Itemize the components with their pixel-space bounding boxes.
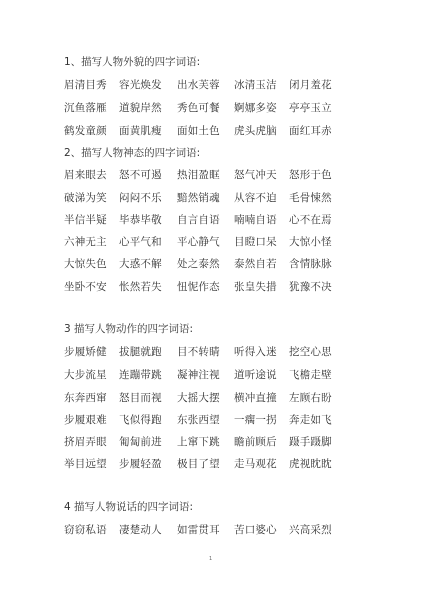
idiom: 从容不迫: [234, 190, 277, 205]
idiom: 处之泰然: [177, 256, 220, 271]
idiom: 冰清玉洁: [234, 77, 277, 92]
idiom: 张皇失措: [234, 279, 277, 294]
section-heading-action: 3 描写人物动作的四字词语:: [64, 321, 193, 336]
idiom: 如雷贯耳: [177, 522, 220, 537]
idiom: 亭亭玉立: [289, 100, 332, 115]
idiom: 怒形于色: [289, 167, 332, 182]
idiom: 大步流星: [64, 367, 107, 382]
idiom: 上窜下跳: [177, 434, 220, 449]
idiom: 瞻前顾后: [234, 434, 277, 449]
word-row: 眉来眼去 怒不可遏 热泪盈眶 怒气冲天 怒形于色: [64, 167, 384, 183]
idiom: 拔腿就跑: [119, 344, 162, 359]
idiom: 面如土色: [177, 123, 220, 138]
idiom: 目不转睛: [177, 344, 220, 359]
idiom: 举目远望: [64, 456, 107, 471]
idiom: 一瘸一拐: [234, 412, 277, 427]
idiom: 极目了望: [177, 456, 220, 471]
idiom: 眉来眼去: [64, 167, 107, 182]
idiom: 平心静气: [177, 234, 220, 249]
idiom: 兴高采烈: [289, 522, 332, 537]
section-heading-speech: 4 描写人物说话的四字词语:: [64, 499, 193, 514]
word-row: 大惊失色 大惑不解 处之泰然 泰然自若 含情脉脉: [64, 256, 384, 272]
word-row: 鹤发童颜 面黄肌瘦 面如土色 虎头虎脑 面红耳赤: [64, 123, 384, 139]
page-number: 1: [209, 556, 212, 562]
idiom: 苦口婆心: [234, 522, 277, 537]
idiom: 连蹦带跳: [119, 367, 162, 382]
idiom: 半信半疑: [64, 212, 107, 227]
idiom: 容光焕发: [119, 77, 162, 92]
idiom: 步履艰难: [64, 412, 107, 427]
section-heading-appearance: 1、描写人物外貌的四字词语:: [64, 54, 200, 69]
idiom: 挤眉弄眼: [64, 434, 107, 449]
idiom: 虎视眈眈: [289, 456, 332, 471]
idiom: 破涕为笑: [64, 190, 107, 205]
idiom: 步履矫健: [64, 344, 107, 359]
idiom: 泰然自若: [234, 256, 277, 271]
idiom: 左顾右盼: [289, 390, 332, 405]
idiom: 大惊小怪: [289, 234, 332, 249]
idiom: 闷闷不乐: [119, 190, 162, 205]
idiom: 大惑不解: [119, 256, 162, 271]
word-row: 坐卧不安 怅然若失 忸怩作态 张皇失措 犹豫不决: [64, 279, 384, 295]
idiom: 东张西望: [177, 412, 220, 427]
idiom: 听得入迷: [234, 344, 277, 359]
idiom: 匍匐前进: [119, 434, 162, 449]
word-row: 破涕为笑 闷闷不乐 黯然销魂 从容不迫 毛骨悚然: [64, 190, 384, 206]
idiom: 自言自语: [177, 212, 220, 227]
idiom: 婀娜多姿: [234, 100, 277, 115]
idiom: 毛骨悚然: [289, 190, 332, 205]
idiom: 凝神注视: [177, 367, 220, 382]
idiom: 出水芙蓉: [177, 77, 220, 92]
word-row: 东奔西窜 怒目而视 大摇大摆 横冲直撞 左顾右盼: [64, 390, 384, 406]
idiom: 面红耳赤: [289, 123, 332, 138]
idiom: 横冲直撞: [234, 390, 277, 405]
idiom: 心不在焉: [289, 212, 332, 227]
idiom: 凄楚动人: [119, 522, 162, 537]
idiom: 目瞪口呆: [234, 234, 277, 249]
idiom: 怒目而视: [119, 390, 162, 405]
idiom: 道貌岸然: [119, 100, 162, 115]
idiom: 热泪盈眶: [177, 167, 220, 182]
word-row: 窃窃私语 凄楚动人 如雷贯耳 苦口婆心 兴高采烈: [64, 522, 384, 538]
idiom: 挖空心思: [289, 344, 332, 359]
idiom: 怅然若失: [119, 279, 162, 294]
idiom: 大惊失色: [64, 256, 107, 271]
idiom: 秀色可餐: [177, 100, 220, 115]
idiom: 步履轻盈: [119, 456, 162, 471]
idiom: 六神无主: [64, 234, 107, 249]
idiom: 鹤发童颜: [64, 123, 107, 138]
idiom: 毕恭毕敬: [119, 212, 162, 227]
idiom: 心平气和: [119, 234, 162, 249]
idiom: 虎头虎脑: [234, 123, 277, 138]
idiom: 喃喃自语: [234, 212, 277, 227]
idiom: 窃窃私语: [64, 522, 107, 537]
word-row: 大步流星 连蹦带跳 凝神注视 道听途说 飞檐走壁: [64, 367, 384, 383]
idiom: 面黄肌瘦: [119, 123, 162, 138]
idiom: 坐卧不安: [64, 279, 107, 294]
idiom: 蹑手蹑脚: [289, 434, 332, 449]
idiom: 东奔西窜: [64, 390, 107, 405]
word-row: 六神无主 心平气和 平心静气 目瞪口呆 大惊小怪: [64, 234, 384, 250]
idiom: 眉清目秀: [64, 77, 107, 92]
idiom: 闭月羞花: [289, 77, 332, 92]
word-row: 眉清目秀 容光焕发 出水芙蓉 冰清玉洁 闭月羞花: [64, 77, 384, 93]
idiom: 大摇大摆: [177, 390, 220, 405]
idiom: 忸怩作态: [177, 279, 220, 294]
idiom: 犹豫不决: [289, 279, 332, 294]
idiom: 走马观花: [234, 456, 277, 471]
word-row: 步履矫健 拔腿就跑 目不转睛 听得入迷 挖空心思: [64, 344, 384, 360]
idiom: 怒不可遏: [119, 167, 162, 182]
idiom: 含情脉脉: [289, 256, 332, 271]
idiom: 飞檐走壁: [289, 367, 332, 382]
section-heading-expression: 2、描写人物神态的四字词语:: [64, 145, 200, 160]
idiom: 怒气冲天: [234, 167, 277, 182]
word-row: 步履艰难 飞似得跑 东张西望 一瘸一拐 奔走如飞: [64, 412, 384, 428]
idiom: 奔走如飞: [289, 412, 332, 427]
document-page: 1、描写人物外貌的四字词语: 眉清目秀 容光焕发 出水芙蓉 冰清玉洁 闭月羞花 …: [0, 0, 423, 600]
idiom: 道听途说: [234, 367, 277, 382]
word-row: 半信半疑 毕恭毕敬 自言自语 喃喃自语 心不在焉: [64, 212, 384, 228]
word-row: 挤眉弄眼 匍匐前进 上窜下跳 瞻前顾后 蹑手蹑脚: [64, 434, 384, 450]
word-row: 沉鱼落雁 道貌岸然 秀色可餐 婀娜多姿 亭亭玉立: [64, 100, 384, 116]
idiom: 飞似得跑: [119, 412, 162, 427]
word-row: 举目远望 步履轻盈 极目了望 走马观花 虎视眈眈: [64, 456, 384, 472]
idiom: 沉鱼落雁: [64, 100, 107, 115]
idiom: 黯然销魂: [177, 190, 220, 205]
